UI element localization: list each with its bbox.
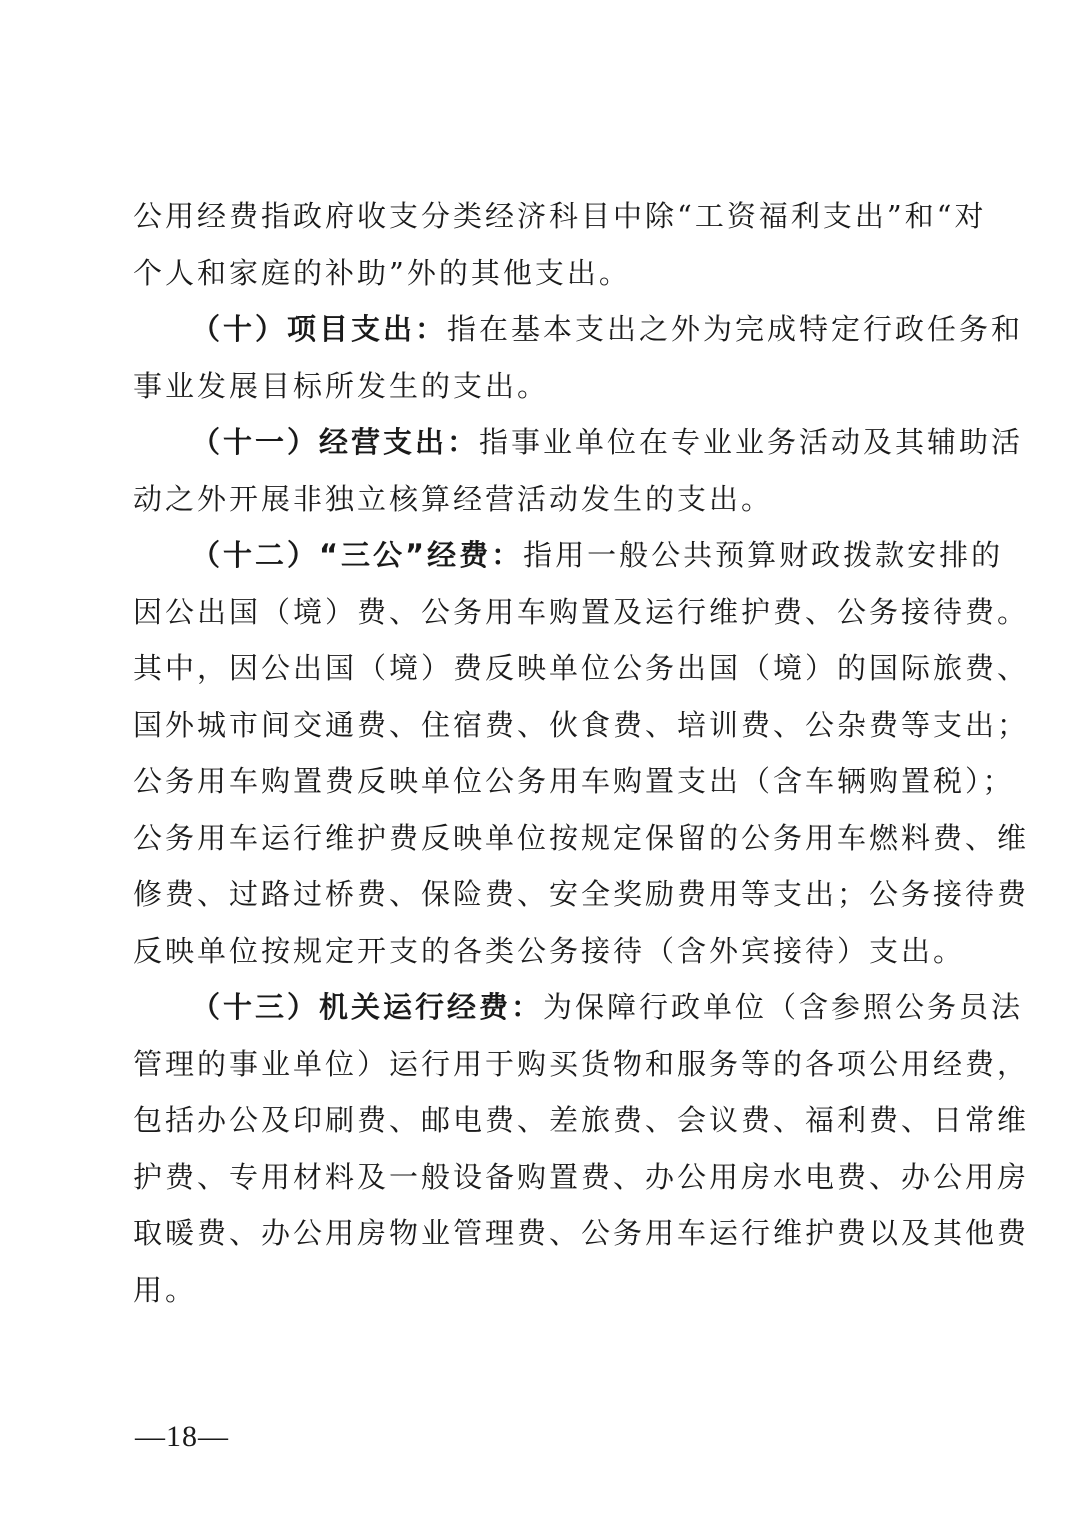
- text-line: 取暖费、办公用房物业管理费、公务用车运行维护费以及其他费: [133, 1205, 939, 1262]
- text-line: 反映单位按规定开支的各类公务接待（含外宾接待）支出。: [133, 923, 939, 980]
- text-line: 公用经费指政府收支分类经济科目中除“工资福利支出”和“对: [133, 188, 939, 245]
- section-heading: （十）项目支出：: [191, 312, 447, 346]
- paragraph-business-expenditure: （十一）经营支出：指事业单位在专业业务活动及其辅助活 动之外开展非独立核算经营活…: [133, 414, 939, 527]
- text-line: 用。: [133, 1262, 939, 1319]
- text-line: 护费、专用材料及一般设备购置费、办公用房水电费、办公用房: [133, 1149, 939, 1206]
- text-line: （十）项目支出：指在基本支出之外为完成特定行政任务和: [133, 301, 939, 358]
- section-heading: （十三）机关运行经费：: [191, 990, 543, 1024]
- text-line: 公务用车购置费反映单位公务用车购置支出（含车辆购置税）；: [133, 753, 939, 810]
- text-line: 公务用车运行维护费反映单位按规定保留的公务用车燃料费、维: [133, 810, 939, 867]
- paragraph-public-funds-continued: 公用经费指政府收支分类经济科目中除“工资福利支出”和“对 个人和家庭的补助”外的…: [133, 188, 939, 301]
- text-line: 修费、过路过桥费、保险费、安全奖励费用等支出；公务接待费: [133, 866, 939, 923]
- paragraph-project-expenditure: （十）项目支出：指在基本支出之外为完成特定行政任务和 事业发展目标所发生的支出。: [133, 301, 939, 414]
- text-line: 其中，因公出国（境）费反映单位公务出国（境）的国际旅费、: [133, 640, 939, 697]
- paragraph-three-public-funds: （十二）“三公”经费：指用一般公共预算财政拨款安排的 因公出国（境）费、公务用车…: [133, 527, 939, 979]
- text-span: 指事业单位在专业业务活动及其辅助活: [479, 425, 1023, 459]
- document-body: 公用经费指政府收支分类经济科目中除“工资福利支出”和“对 个人和家庭的补助”外的…: [133, 188, 939, 1318]
- text-span: 指在基本支出之外为完成特定行政任务和: [447, 312, 1023, 346]
- section-heading: （十二）“三公”经费：: [191, 538, 523, 572]
- text-span: 指用一般公共预算财政拨款安排的: [523, 538, 1003, 572]
- text-line: 动之外开展非独立核算经营活动发生的支出。: [133, 471, 939, 528]
- text-line: （十三）机关运行经费：为保障行政单位（含参照公务员法: [133, 979, 939, 1036]
- text-line: 个人和家庭的补助”外的其他支出。: [133, 245, 939, 302]
- page-number: —18—: [135, 1420, 229, 1454]
- text-line: 管理的事业单位）运行用于购买货物和服务等的各项公用经费，: [133, 1036, 939, 1093]
- text-line: （十二）“三公”经费：指用一般公共预算财政拨款安排的: [133, 527, 939, 584]
- text-line: 因公出国（境）费、公务用车购置及运行维护费、公务接待费。: [133, 584, 939, 641]
- section-heading: （十一）经营支出：: [191, 425, 479, 459]
- text-line: （十一）经营支出：指事业单位在专业业务活动及其辅助活: [133, 414, 939, 471]
- text-line: 包括办公及印刷费、邮电费、差旅费、会议费、福利费、日常维: [133, 1092, 939, 1149]
- text-line: 事业发展目标所发生的支出。: [133, 358, 939, 415]
- paragraph-agency-operating-funds: （十三）机关运行经费：为保障行政单位（含参照公务员法 管理的事业单位）运行用于购…: [133, 979, 939, 1318]
- text-span: 为保障行政单位（含参照公务员法: [543, 990, 1023, 1024]
- text-line: 国外城市间交通费、住宿费、伙食费、培训费、公杂费等支出；: [133, 697, 939, 754]
